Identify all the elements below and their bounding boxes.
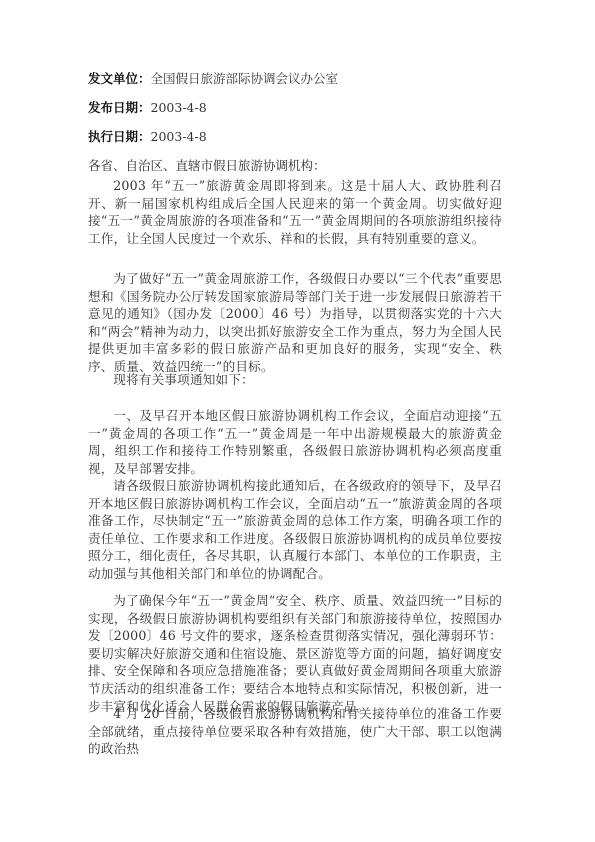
salutation: 各省、自治区、直辖市假日旅游协调机构： <box>88 158 326 174</box>
paragraph-safety: 为了确保今年“五一”黄金周“安全、秩序、质量、效益四统一”目标的实现，各级假日旅… <box>88 592 502 715</box>
paragraph-guidance: 为了做好“五一”黄金周旅游工作，各级假日办要以“三个代表”重要思想和《国务院办公… <box>88 270 502 376</box>
issuer-line: 发文单位：全国假日旅游部际协调会议办公室 <box>88 71 338 87</box>
publish-date-line: 发布日期：2003-4-8 <box>88 100 207 116</box>
paragraph-deadline: 4 月 20 日前，各级假日旅游协调机构和有关接待单位的准备工作要全部就绪，重点… <box>88 705 502 758</box>
paragraph-intro: 2003 年“五一”旅游黄金周即将到来。这是十届人大、政协胜利召开、新一届国家机… <box>88 177 502 247</box>
publish-date-value: 2003-4-8 <box>151 100 207 115</box>
paragraph-item-1: 一、及早召开本地区假日旅游协调机构工作会议，全面启动迎接“五一”黄金周的各项工作… <box>88 407 502 477</box>
issuer-label: 发文单位： <box>88 71 151 86</box>
publish-date-label: 发布日期： <box>88 100 151 115</box>
effective-date-line: 执行日期：2003-4-8 <box>88 129 207 145</box>
issuer-value: 全国假日旅游部际协调会议办公室 <box>151 71 339 86</box>
effective-date-label: 执行日期： <box>88 129 151 144</box>
paragraph-notice-lead: 现将有关事项通知如下： <box>88 371 502 389</box>
effective-date-value: 2003-4-8 <box>151 129 207 144</box>
paragraph-meeting: 请各级假日旅游协调机构接此通知后，在各级政府的领导下，及早召开本地区假日旅游协调… <box>88 477 502 583</box>
